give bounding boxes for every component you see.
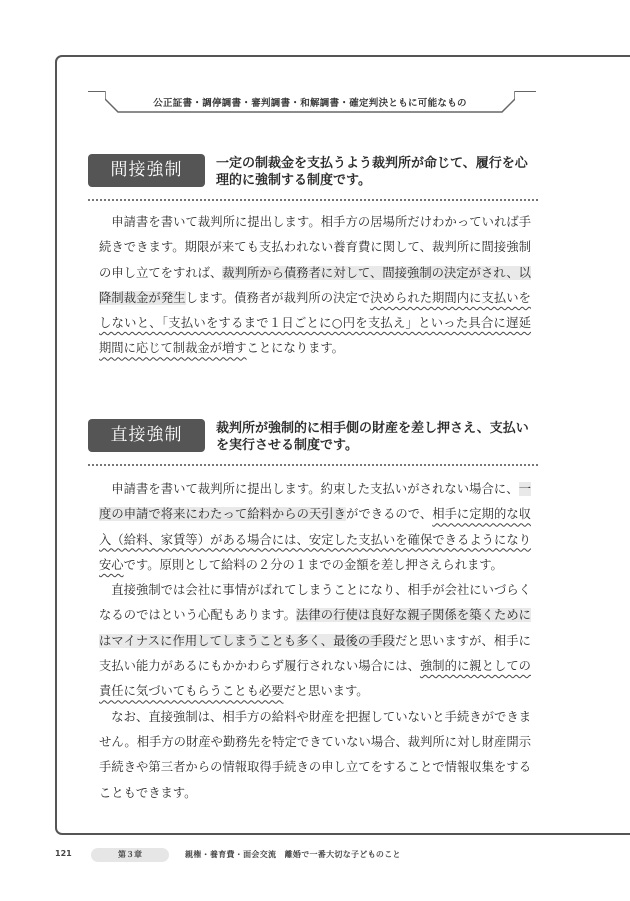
text-segment: です。原則として給料の２分の１までの金額を差し押さえられます。: [124, 558, 503, 572]
section-tag: 間接強制: [88, 154, 205, 187]
text-segment: ことになります。: [247, 341, 344, 355]
paragraph: 申請書を書いて裁判所に提出します。相手方の居場所だけわかっていれば手続きできます…: [99, 210, 531, 362]
section-lead: 一定の制裁金を支払うよう裁判所が命じて、履行を心理的に強制する制度です。: [216, 155, 536, 189]
banner-text: 公正証書・調停調書・審判調書・和解調書・確定判決ともに可能なもの: [105, 95, 515, 109]
section-tag: 直接強制: [88, 419, 205, 452]
text-segment: ができるので、: [346, 507, 432, 521]
text-segment: なお、直接強制は、相手方の給料や財産を把握していないと手続きができません。相手方…: [99, 710, 531, 800]
chapter-title: 親権・養育費・面会交流 離婚で一番大切な子どものこと: [185, 849, 401, 860]
page-footer: 121 第３章 親権・養育費・面会交流 離婚で一番大切な子どものこと: [55, 848, 555, 862]
dotted-divider: [88, 199, 538, 201]
section-body-direct: 申請書を書いて裁判所に提出します。約束した支払いがされない場合に、一度の申請で将…: [99, 477, 531, 806]
text-segment: します。債務者が裁判所の決定で: [186, 291, 371, 305]
header-banner: 公正証書・調停調書・審判調書・和解調書・確定判決ともに可能なもの: [105, 91, 515, 113]
section-body-indirect: 申請書を書いて裁判所に提出します。相手方の居場所だけわかっていれば手続きできます…: [99, 210, 531, 362]
paragraph: 直接強制では会社に事情がばれてしまうことになり、相手が会社にいづらくなるのではと…: [99, 578, 531, 704]
paragraph: なお、直接強制は、相手方の給料や財産を把握していないと手続きができません。相手方…: [99, 705, 531, 806]
section-lead: 裁判所が強制的に相手側の財産を差し押さえ、支払いを実行させる制度です。: [216, 420, 536, 454]
text-segment: 申請書を書いて裁判所に提出します。約束した支払いがされない場合に、: [111, 482, 518, 496]
page-number: 121: [55, 849, 72, 858]
text-segment: だと思います。: [283, 684, 368, 698]
dotted-divider: [88, 464, 538, 466]
paragraph: 申請書を書いて裁判所に提出します。約束した支払いがされない場合に、一度の申請で将…: [99, 477, 531, 578]
chapter-badge: 第３章: [91, 848, 169, 862]
